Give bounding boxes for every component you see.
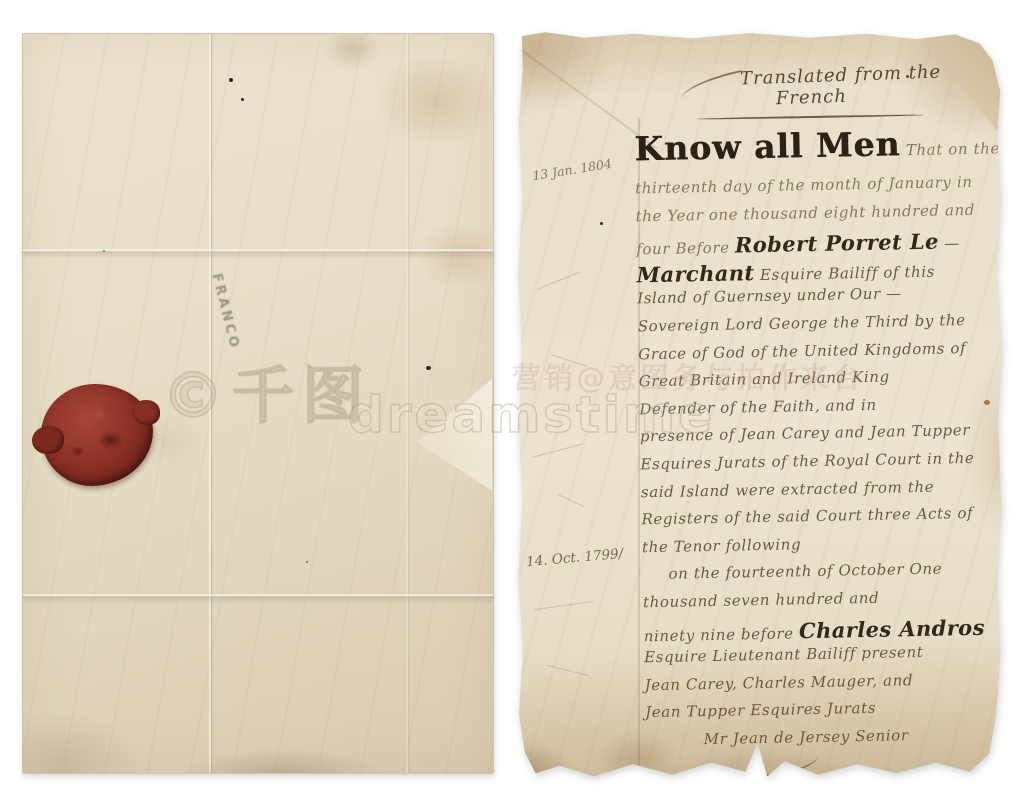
manuscript-text-segment: That on the xyxy=(900,139,1000,159)
manuscript-text-segment: the Tenor following xyxy=(642,535,802,556)
header-text: Translated from the French xyxy=(740,61,942,109)
manuscript-body: Know all Men That on thethirteenth day o… xyxy=(634,123,992,759)
manuscript-text-segment: Robert Porret Le xyxy=(735,229,939,258)
manuscript-text-segment: Esquire Bailiff of this xyxy=(754,262,935,283)
manuscript-page: Translated from the French 13 Jan. 1804 … xyxy=(516,30,1004,790)
ink-speck xyxy=(241,98,244,101)
manuscript-text-segment: Great Britain and Ireland King xyxy=(639,368,890,391)
manuscript-text-segment: — xyxy=(939,234,960,252)
fold-line-vertical xyxy=(209,34,213,773)
fold-line-vertical xyxy=(406,34,410,773)
manuscript-line: Know all Men That on the xyxy=(634,123,981,180)
ink-speck xyxy=(600,222,603,225)
rust-spot xyxy=(984,400,990,405)
ink-speck xyxy=(306,561,308,563)
manuscript-text-segment: on the fourteenth of October One xyxy=(668,560,942,583)
folded-letter-back: FRANCO xyxy=(22,33,494,774)
manuscript-text-segment: four Before xyxy=(636,239,735,259)
manuscript-text-segment: Defender of the Faith, and in xyxy=(639,396,877,419)
ink-speck xyxy=(229,78,233,82)
ink-speck xyxy=(426,366,431,370)
manuscript-text-segment: thousand seven hundred and xyxy=(643,589,880,612)
fold-line-horizontal xyxy=(23,594,493,599)
manuscript-text-segment: Jean Carey, Charles Mauger, and xyxy=(644,671,913,694)
manuscript-text-segment: Jean Tupper Esquires Jurats xyxy=(645,699,876,721)
manuscript-text-segment: Know all Men xyxy=(634,124,901,168)
manuscript-text-segment: Charles Andros xyxy=(799,614,985,643)
pen-flourish xyxy=(679,70,745,99)
manuscript-page-wrapper: Translated from the French 13 Jan. 1804 … xyxy=(516,30,1004,790)
manuscript-text-segment: Marchant xyxy=(637,260,755,287)
ink-speck xyxy=(906,75,909,78)
ink-speck xyxy=(103,250,105,252)
manuscript-text-segment: Island of Guernsey under Our — xyxy=(637,285,902,308)
manuscript-text-segment: ninety nine before xyxy=(644,624,800,645)
photo-of-antique-letters: FRANCO Translated from the French 13 Jan… xyxy=(0,0,1024,796)
fold-line-horizontal xyxy=(23,249,493,254)
